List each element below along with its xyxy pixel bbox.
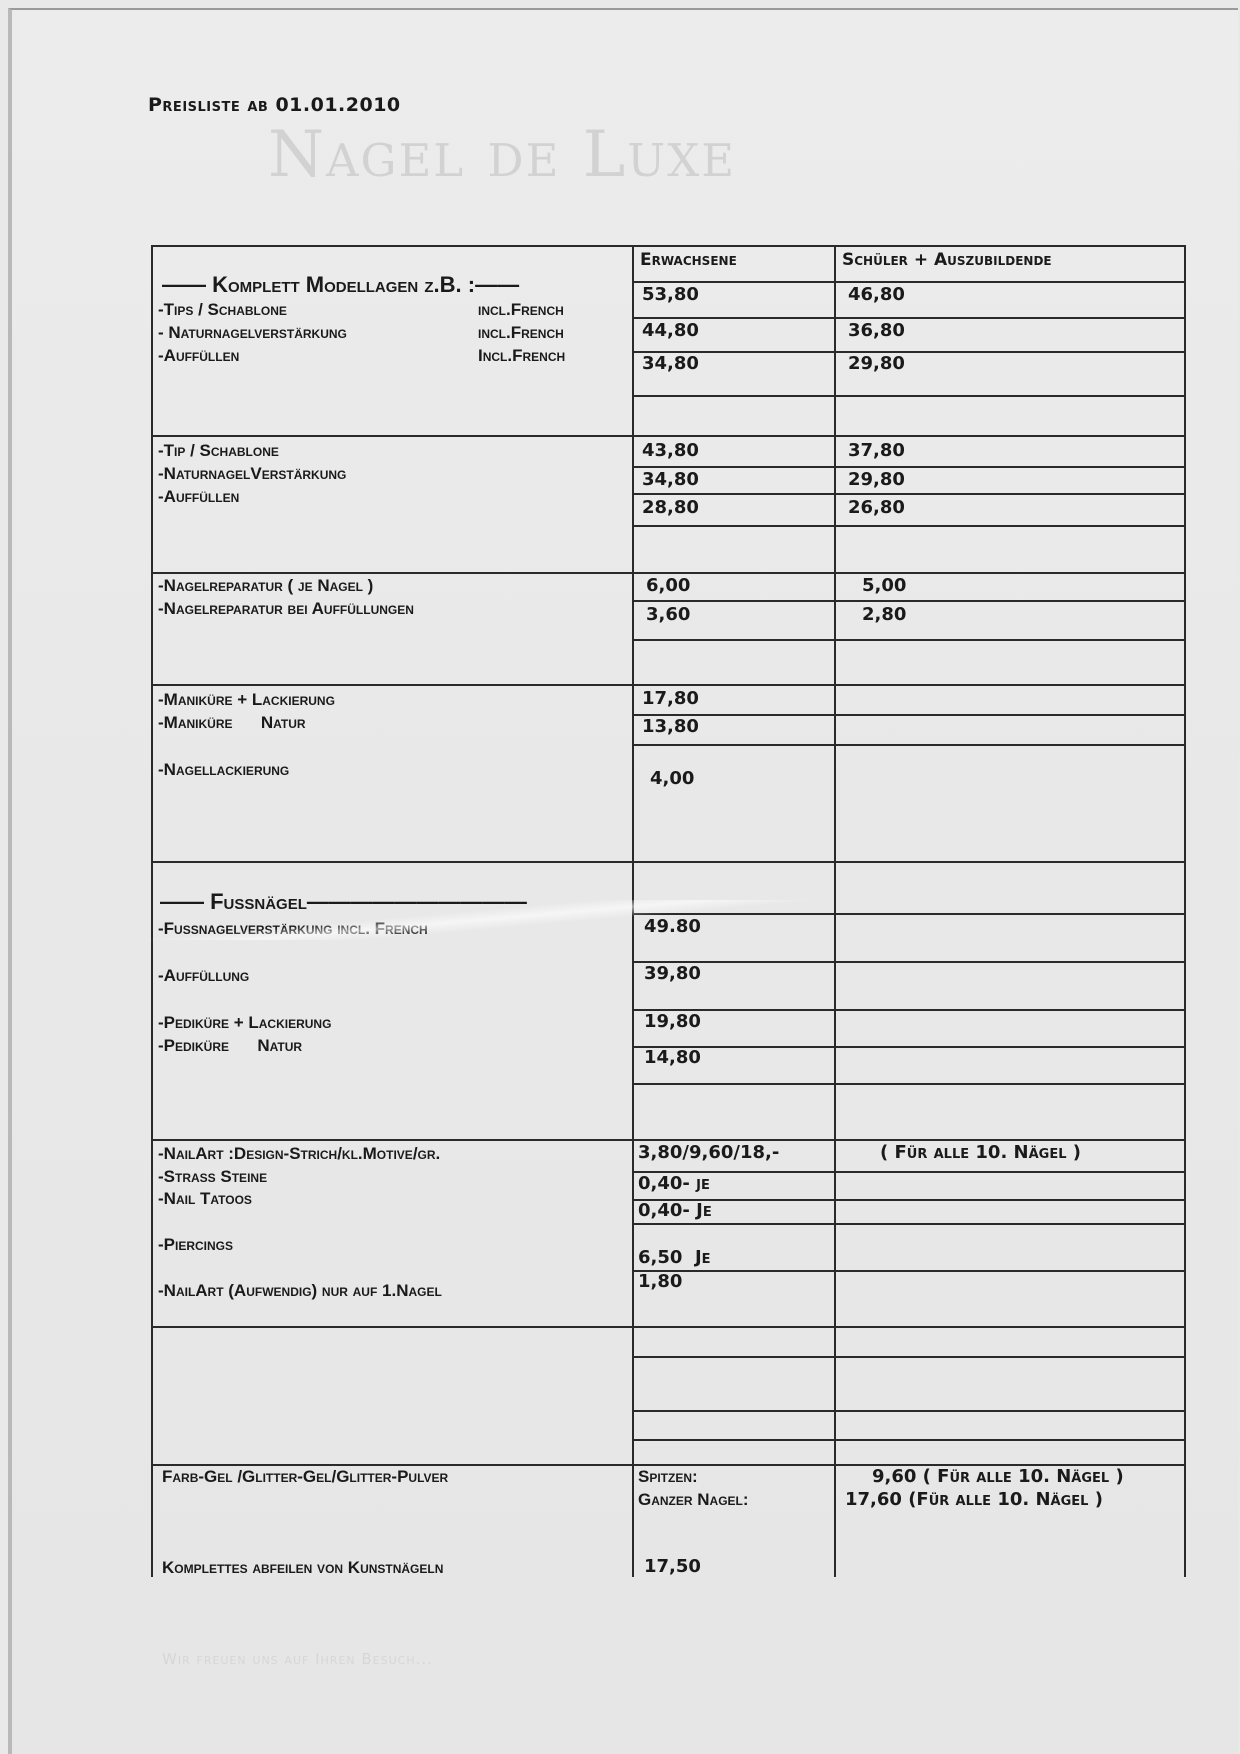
price-student: 2,80 bbox=[862, 604, 906, 625]
row-line bbox=[632, 714, 1186, 716]
price-list-title: Preisliste ab 01.01.2010 bbox=[148, 94, 401, 116]
price-adult: 0,40- je bbox=[638, 1173, 710, 1194]
item-name: -Nagellackierung bbox=[158, 760, 289, 780]
row-line bbox=[632, 395, 1186, 397]
column-header-adults: Erwachsene bbox=[640, 250, 737, 270]
gel-option-label: Spitzen: bbox=[638, 1467, 698, 1487]
price-adult: 28,80 bbox=[642, 497, 699, 518]
price-adult: 43,80 bbox=[642, 440, 699, 461]
price-adult: 3,80/9,60/18,- bbox=[638, 1142, 779, 1163]
item-name: - Naturnagelverstärkung bbox=[158, 323, 347, 343]
row-line bbox=[632, 744, 1186, 746]
footer-watermark: Wir freuen uns auf Ihren Besuch... bbox=[162, 1650, 433, 1668]
item-name: -Auffüllen bbox=[158, 346, 239, 366]
table-top-border bbox=[151, 245, 1186, 247]
item-name: -Maniküre + Lackierung bbox=[158, 690, 335, 710]
row-line bbox=[632, 1046, 1186, 1048]
row-line bbox=[632, 600, 1186, 602]
row-line bbox=[632, 961, 1186, 963]
price-adult: 44,80 bbox=[642, 320, 699, 341]
item-name: -Strass Steine bbox=[158, 1167, 267, 1187]
item-name: Farb-Gel /Glitter-Gel/Glitter-Pulver bbox=[162, 1467, 448, 1487]
price-adult: 53,80 bbox=[642, 284, 699, 305]
price-adult: 13,80 bbox=[642, 716, 699, 737]
section-separator bbox=[151, 1139, 1186, 1141]
item-name: -Tip / Schablone bbox=[158, 441, 279, 461]
price-adult: 39,80 bbox=[644, 963, 701, 984]
row-line bbox=[632, 1270, 1186, 1272]
item-name: -Pediküre Natur bbox=[158, 1036, 302, 1056]
price-adult: 6,00 bbox=[646, 575, 690, 596]
row-line bbox=[632, 1223, 1186, 1225]
item-name: -Nail Tatoos bbox=[158, 1189, 252, 1209]
price-student-note: ( Für alle 10. Nägel ) bbox=[880, 1142, 1081, 1163]
row-line bbox=[632, 1171, 1186, 1173]
item-name: -Nagelreparatur ( je Nagel ) bbox=[158, 576, 373, 596]
column-header-students: Schüler + Auszubildende bbox=[842, 250, 1052, 270]
section-separator bbox=[151, 1326, 1186, 1328]
item-name: -Nagelreparatur bei Auffüllungen bbox=[158, 599, 414, 619]
section-heading-komplett: —— Komplett Modellagen z.B. :—— bbox=[162, 272, 519, 298]
column-divider-student bbox=[834, 245, 836, 1577]
price-adult: 3,60 bbox=[646, 604, 690, 625]
item-name: -Pediküre + Lackierung bbox=[158, 1013, 331, 1033]
row-line bbox=[632, 1083, 1186, 1085]
row-line bbox=[632, 351, 1186, 353]
price-adult: 17,80 bbox=[642, 688, 699, 709]
item-note: Incl.French bbox=[478, 346, 565, 366]
item-name: -Maniküre Natur bbox=[158, 713, 306, 733]
price-adult: 19,80 bbox=[644, 1011, 701, 1032]
item-name: -NailArt (Aufwendig) nur auf 1.Nagel bbox=[158, 1281, 442, 1301]
item-name: -NaturnagelVerstärkung bbox=[158, 464, 346, 484]
row-line bbox=[632, 1410, 1186, 1412]
price-adult: 17,50 bbox=[644, 1556, 701, 1577]
row-line bbox=[632, 281, 1186, 283]
item-name: -NailArt :Design-Strich/kl.Motive/gr. bbox=[158, 1144, 440, 1164]
section-separator bbox=[151, 684, 1186, 686]
price-student: 26,80 bbox=[848, 497, 905, 518]
gel-option-price: 9,60 ( Für alle 10. Nägel ) bbox=[872, 1466, 1124, 1487]
item-name: Komplettes abfeilen von Kunstnägeln bbox=[162, 1558, 443, 1578]
gel-option-label: Ganzer Nagel: bbox=[638, 1490, 749, 1510]
row-line bbox=[632, 1439, 1186, 1441]
row-line bbox=[632, 525, 1186, 527]
price-adult: 6,50 Je bbox=[638, 1247, 711, 1268]
item-name: -Auffüllung bbox=[158, 966, 249, 986]
brand-watermark: Nagel de Luxe bbox=[268, 118, 736, 192]
item-name: -Piercings bbox=[158, 1235, 233, 1255]
price-adult: 4,00 bbox=[650, 768, 694, 789]
row-line bbox=[632, 493, 1186, 495]
item-note: incl.French bbox=[478, 323, 564, 343]
price-student: 29,80 bbox=[848, 353, 905, 374]
section-separator bbox=[151, 572, 1186, 574]
row-line bbox=[632, 1199, 1186, 1201]
gel-option-price: 17,60 (Für alle 10. Nägel ) bbox=[845, 1489, 1103, 1510]
row-line bbox=[632, 639, 1186, 641]
item-note: incl.French bbox=[478, 300, 564, 320]
section-separator bbox=[151, 861, 1186, 863]
price-adult: 34,80 bbox=[642, 469, 699, 490]
row-line bbox=[632, 1356, 1186, 1358]
price-adult: 1,80 bbox=[638, 1271, 682, 1292]
paper-fold bbox=[130, 900, 830, 940]
price-student: 46,80 bbox=[848, 284, 905, 305]
price-adult: 34,80 bbox=[642, 353, 699, 374]
item-name: -Auffüllen bbox=[158, 487, 239, 507]
price-student: 37,80 bbox=[848, 440, 905, 461]
table-right-border bbox=[1184, 245, 1186, 1577]
row-line bbox=[632, 1009, 1186, 1011]
row-line bbox=[632, 466, 1186, 468]
item-name: -Tips / Schablone bbox=[158, 300, 287, 320]
price-adult: 0,40- Je bbox=[638, 1200, 712, 1221]
section-separator bbox=[151, 435, 1186, 437]
price-student: 5,00 bbox=[862, 575, 906, 596]
row-line bbox=[632, 317, 1186, 319]
price-student: 36,80 bbox=[848, 320, 905, 341]
price-student: 29,80 bbox=[848, 469, 905, 490]
price-adult: 14,80 bbox=[644, 1047, 701, 1068]
